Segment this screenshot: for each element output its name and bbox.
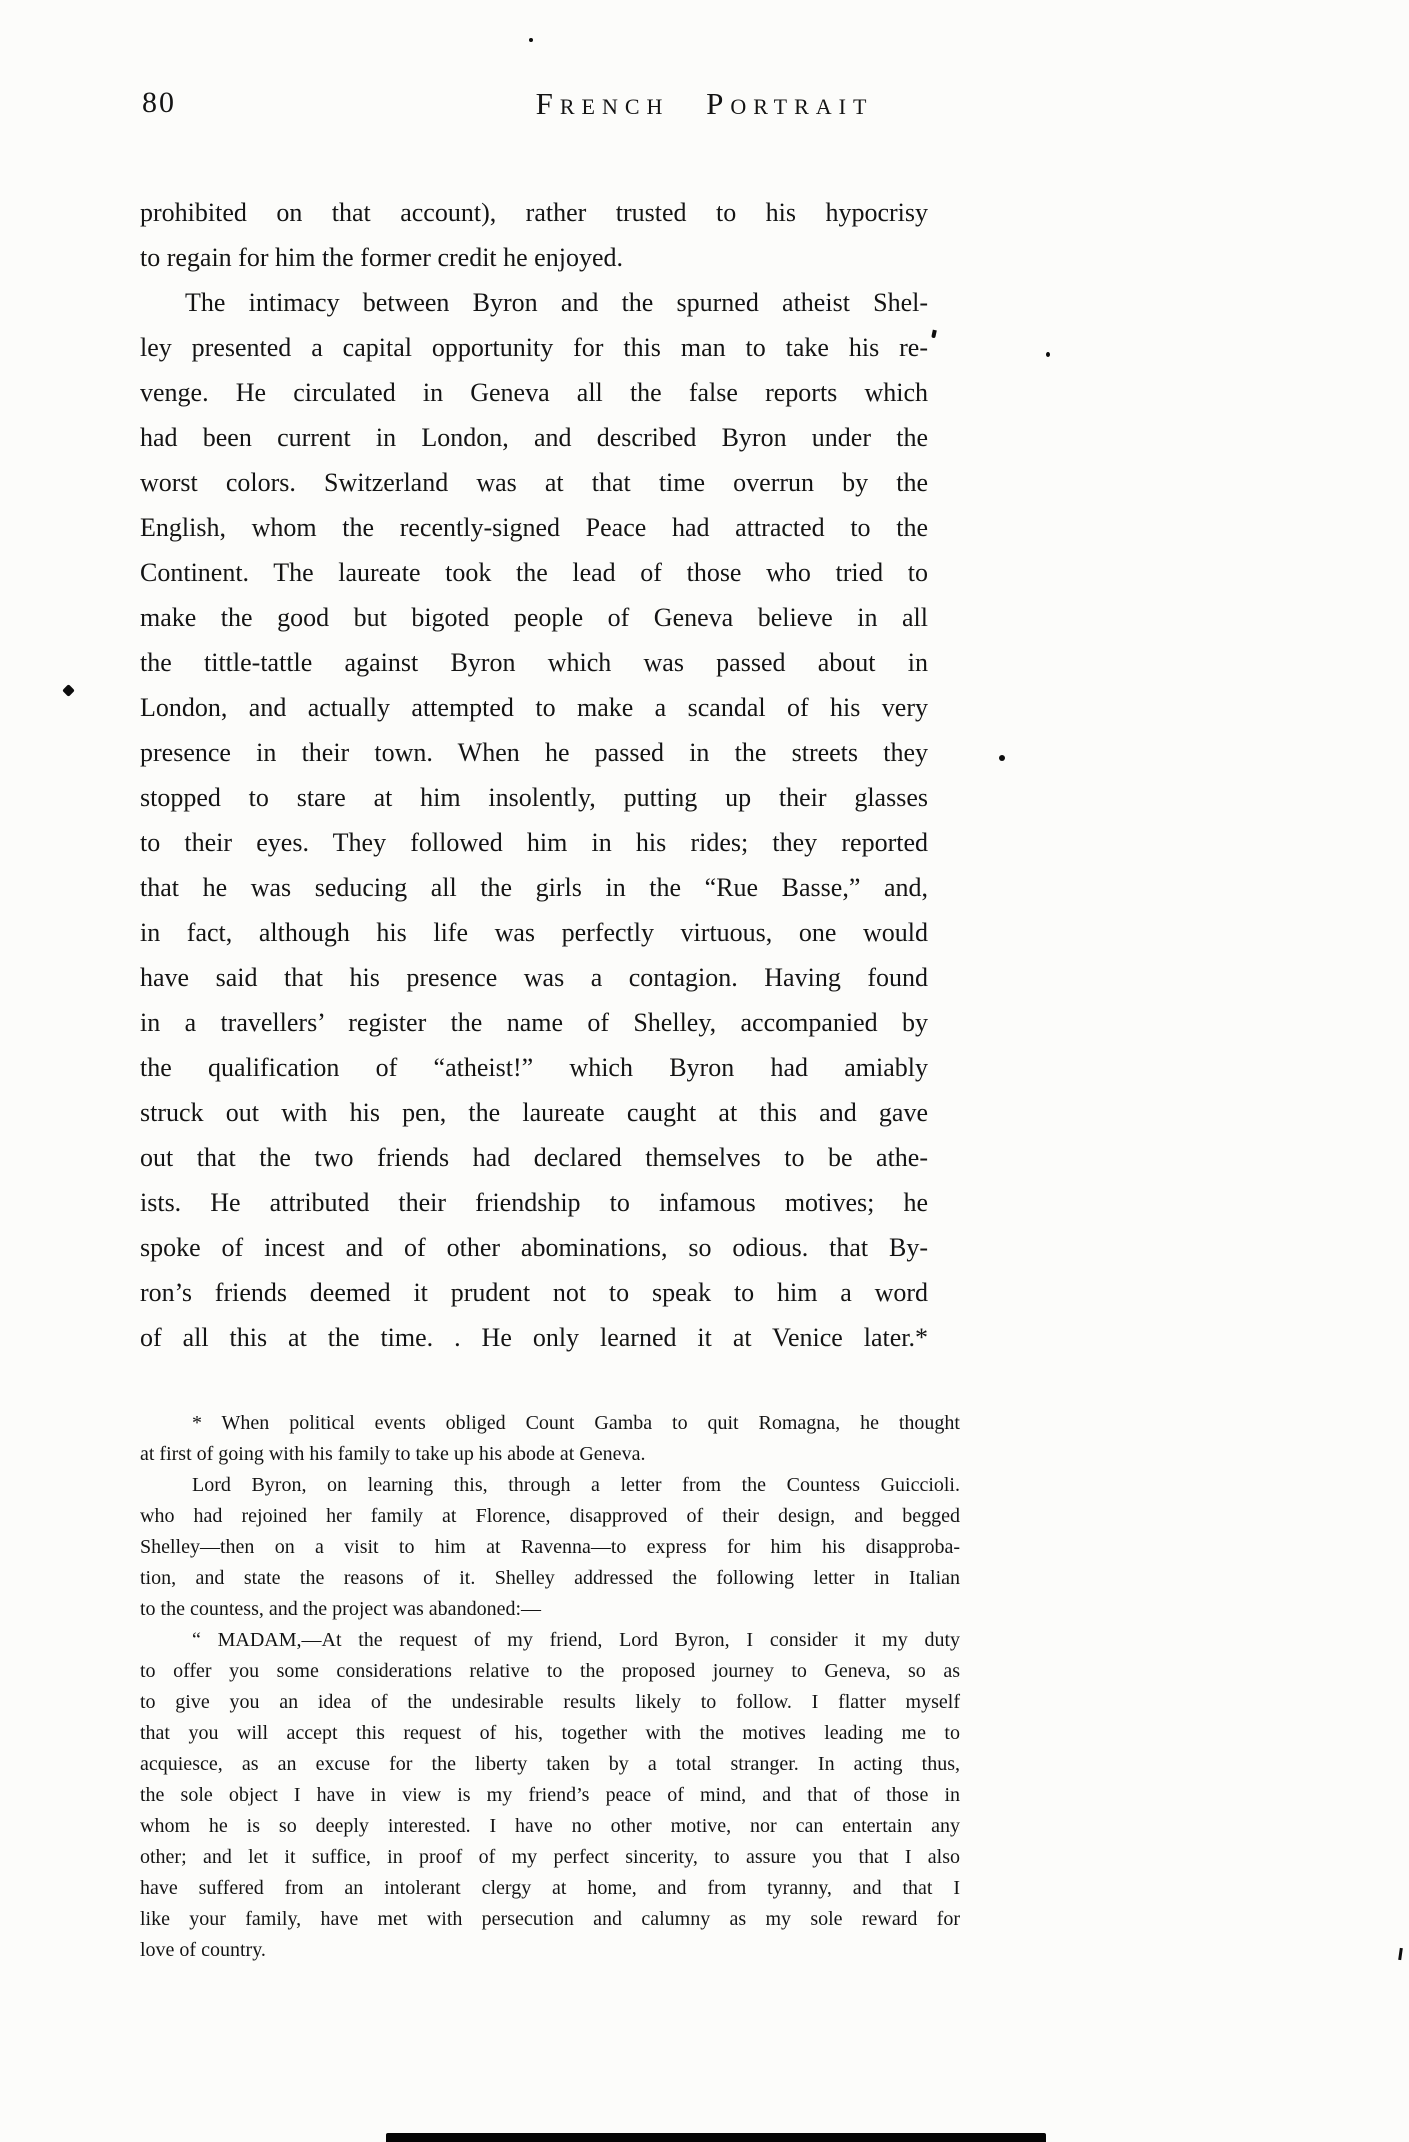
text-line: to their eyes. They followed him in his … <box>140 820 928 865</box>
text-line: of all this at the time. . He only learn… <box>140 1315 928 1360</box>
text-line: worst colors. Switzerland was at that ti… <box>140 460 928 505</box>
text-line: have suffered from an intolerant clergy … <box>140 1873 960 1904</box>
book-page: 80 French Portrait prohibited on that ac… <box>0 0 1409 2142</box>
text-line: Shelley—then on a visit to him at Ravenn… <box>140 1532 960 1563</box>
text-line: at first of going with his family to tak… <box>140 1439 960 1470</box>
scan-artifact-bar <box>386 2133 1046 2142</box>
page-number: 80 <box>142 86 176 120</box>
text-line: make the good but bigoted people of Gene… <box>140 595 928 640</box>
text-line: to offer you some considerations relativ… <box>140 1656 960 1687</box>
running-title: French Portrait <box>536 86 874 122</box>
text-line: presence in their town. When he passed i… <box>140 730 928 775</box>
text-line: Continent. The laureate took the lead of… <box>140 550 928 595</box>
text-line: to regain for him the former credit he e… <box>140 235 928 280</box>
ink-speck <box>999 755 1005 761</box>
text-line: ley presented a capital opportunity for … <box>140 325 928 370</box>
text-line: that he was seducing all the girls in th… <box>140 865 928 910</box>
text-line: Lord Byron, on learning this, through a … <box>140 1470 960 1501</box>
ink-speck <box>529 38 533 42</box>
text-line: had been current in London, and describe… <box>140 415 928 460</box>
text-line: in fact, although his life was perfectly… <box>140 910 928 955</box>
text-line: stopped to stare at him insolently, putt… <box>140 775 928 820</box>
text-line: London, and actually attempted to make a… <box>140 685 928 730</box>
text-line: “ MADAM,—At the request of my friend, Lo… <box>140 1625 960 1656</box>
text-line: to the countess, and the project was aba… <box>140 1594 960 1625</box>
text-line: out that the two friends had declared th… <box>140 1135 928 1180</box>
text-line: to give you an idea of the undesirable r… <box>140 1687 960 1718</box>
page-header: 80 French Portrait <box>0 86 1409 126</box>
text-line: struck out with his pen, the laureate ca… <box>140 1090 928 1135</box>
text-line: the qualification of “atheist!” which By… <box>140 1045 928 1090</box>
text-line: tion, and state the reasons of it. Shell… <box>140 1563 960 1594</box>
text-line: have said that his presence was a contag… <box>140 955 928 1000</box>
footnote: * When political events obliged Count Ga… <box>140 1408 960 1966</box>
text-line: ists. He attributed their friendship to … <box>140 1180 928 1225</box>
text-line: prohibited on that account), rather trus… <box>140 190 928 235</box>
text-line: like your family, have met with persecut… <box>140 1904 960 1935</box>
ink-speck <box>1046 352 1050 357</box>
text-line: love of country. <box>140 1935 960 1966</box>
text-line: * When political events obliged Count Ga… <box>140 1408 960 1439</box>
text-line: The intimacy between Byron and the spurn… <box>140 280 928 325</box>
ink-speck <box>1398 1948 1403 1960</box>
text-line: whom he is so deeply interested. I have … <box>140 1811 960 1842</box>
ink-speck <box>931 330 937 339</box>
text-line: acquiesce, as an excuse for the liberty … <box>140 1749 960 1780</box>
text-line: that you will accept this request of his… <box>140 1718 960 1749</box>
body-text: prohibited on that account), rather trus… <box>140 190 928 1360</box>
text-line: spoke of incest and of other abomination… <box>140 1225 928 1270</box>
text-line: English, whom the recently-signed Peace … <box>140 505 928 550</box>
text-line: in a travellers’ register the name of Sh… <box>140 1000 928 1045</box>
text-line: other; and let it suffice, in proof of m… <box>140 1842 960 1873</box>
ink-speck <box>62 684 75 697</box>
text-line: ron’s friends deemed it prudent not to s… <box>140 1270 928 1315</box>
text-line: who had rejoined her family at Florence,… <box>140 1501 960 1532</box>
text-line: the sole object I have in view is my fri… <box>140 1780 960 1811</box>
text-line: the tittle-tattle against Byron which wa… <box>140 640 928 685</box>
text-line: venge. He circulated in Geneva all the f… <box>140 370 928 415</box>
